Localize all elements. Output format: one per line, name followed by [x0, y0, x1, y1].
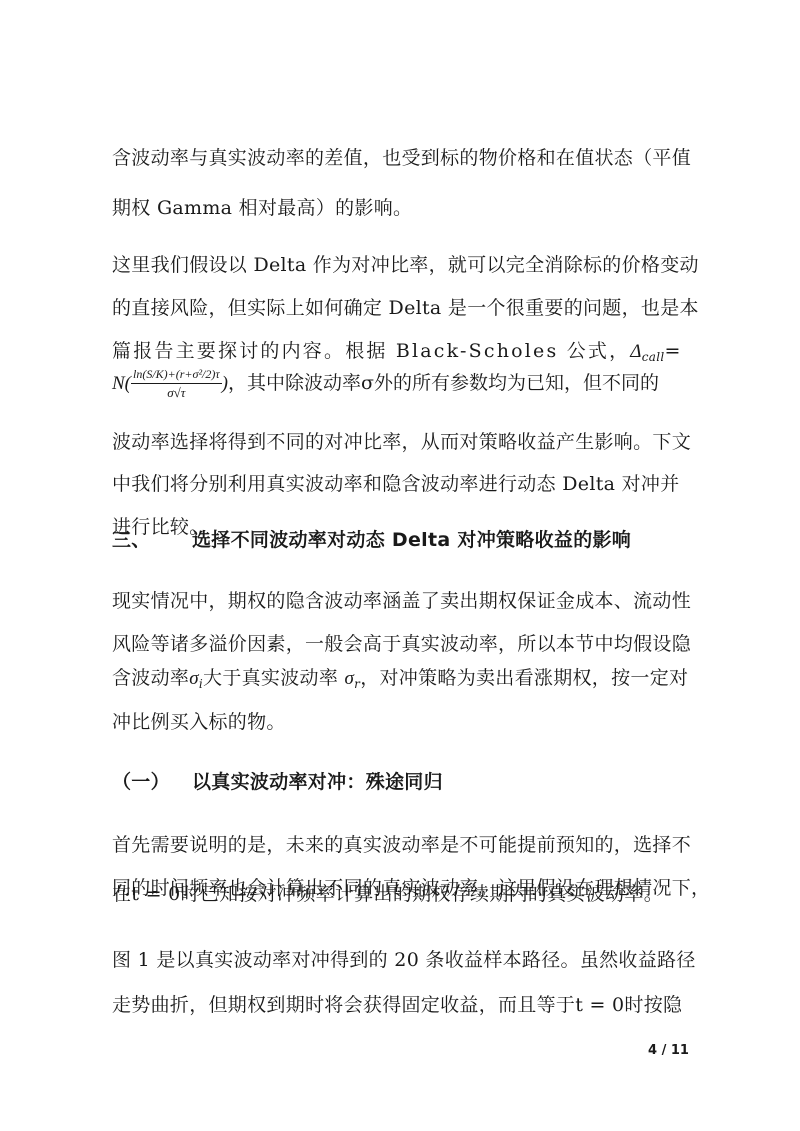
paragraph-line: 的直接风险，但实际上如何确定 Delta 是一个很重要的问题，也是本: [112, 296, 692, 320]
formula-fraction: ln(S/K)+(r+σ²/2)τσ√τ: [131, 366, 222, 402]
paragraph-text: 含波动率: [112, 667, 189, 689]
paragraph-text: 篇报告主要探讨的内容。根据 Black-Scholes 公式，: [112, 340, 630, 362]
section-title: 选择不同波动率对动态 Delta 对冲策略收益的影响: [192, 529, 631, 551]
paragraph-line: 走势曲折，但期权到期时将会获得固定收益，而且等于t = 0时按隐: [112, 993, 692, 1017]
paragraph-line: 含波动率σi大于真实波动率 σr，对冲策略为卖出看涨期权，按一定对: [112, 666, 692, 696]
paragraph-line: 含波动率与真实波动率的差值，也受到标的物价格和在值状态（平值: [112, 146, 692, 170]
formula-N: N(: [112, 373, 131, 394]
paragraph-line: 篇报告主要探讨的内容。根据 Black-Scholes 公式，Δcall=: [112, 339, 692, 369]
paragraph-text: ，对冲策略为卖出看涨期权，按一定对: [360, 667, 688, 689]
page-number: 4 / 11: [648, 1043, 689, 1058]
sigma-r-symbol: σ: [344, 668, 354, 689]
subsection-number: （一）: [112, 770, 192, 794]
subsection-heading: （一）以真实波动率对冲：殊途同归: [112, 770, 692, 794]
section-heading: 三、选择不同波动率对动态 Delta 对冲策略收益的影响: [112, 528, 692, 552]
paragraph-line: 图 1 是以真实波动率对冲得到的 20 条收益样本路径。虽然收益路径: [112, 948, 692, 972]
paragraph-text: ，其中除波动率σ外的所有参数均为已知，但不同的: [228, 372, 659, 394]
subsection-title: 以真实波动率对冲：殊途同归: [192, 771, 443, 793]
section-number: 三、: [112, 528, 192, 552]
black-scholes-formula: N(ln(S/K)+(r+σ²/2)τσ√τ)，其中除波动率σ外的所有参数均为已…: [112, 366, 659, 422]
delta-subscript: call: [642, 350, 665, 364]
equals-sign: =: [665, 340, 681, 362]
paragraph-line: 现实情况中，期权的隐含波动率涵盖了卖出期权保证金成本、流动性: [112, 589, 692, 613]
paragraph-line: 在t = 0时已知按对冲频率计算出的期权存续期内的真实波动率。: [112, 882, 692, 906]
paragraph-text: 大于真实波动率: [203, 667, 344, 689]
document-page: 含波动率与真实波动率的差值，也受到标的物价格和在值状态（平值 期权 Gamma …: [0, 0, 800, 1131]
formula-numerator: ln(S/K)+(r+σ²/2)τ: [131, 366, 222, 384]
sigma-i-symbol: σ: [189, 668, 199, 689]
paragraph-line: 中我们将分别利用真实波动率和隐含波动率进行动态 Delta 对冲并: [112, 472, 692, 496]
paragraph-line: 波动率选择将得到不同的对冲比率，从而对策略收益产生影响。下文: [112, 430, 692, 454]
paragraph-line: 首先需要说明的是，未来的真实波动率是不可能提前预知的，选择不: [112, 833, 692, 857]
paragraph-line: 风险等诸多溢价因素，一般会高于真实波动率，所以本节中均假设隐: [112, 632, 692, 656]
formula-denominator: σ√τ: [131, 384, 222, 402]
paragraph-line: 这里我们假设以 Delta 作为对冲比率，就可以完全消除标的价格变动: [112, 253, 692, 277]
delta-symbol: Δ: [630, 341, 641, 362]
paragraph-line: 冲比例买入标的物。: [112, 710, 692, 734]
paragraph-line: 期权 Gamma 相对最高）的影响。: [112, 196, 692, 220]
